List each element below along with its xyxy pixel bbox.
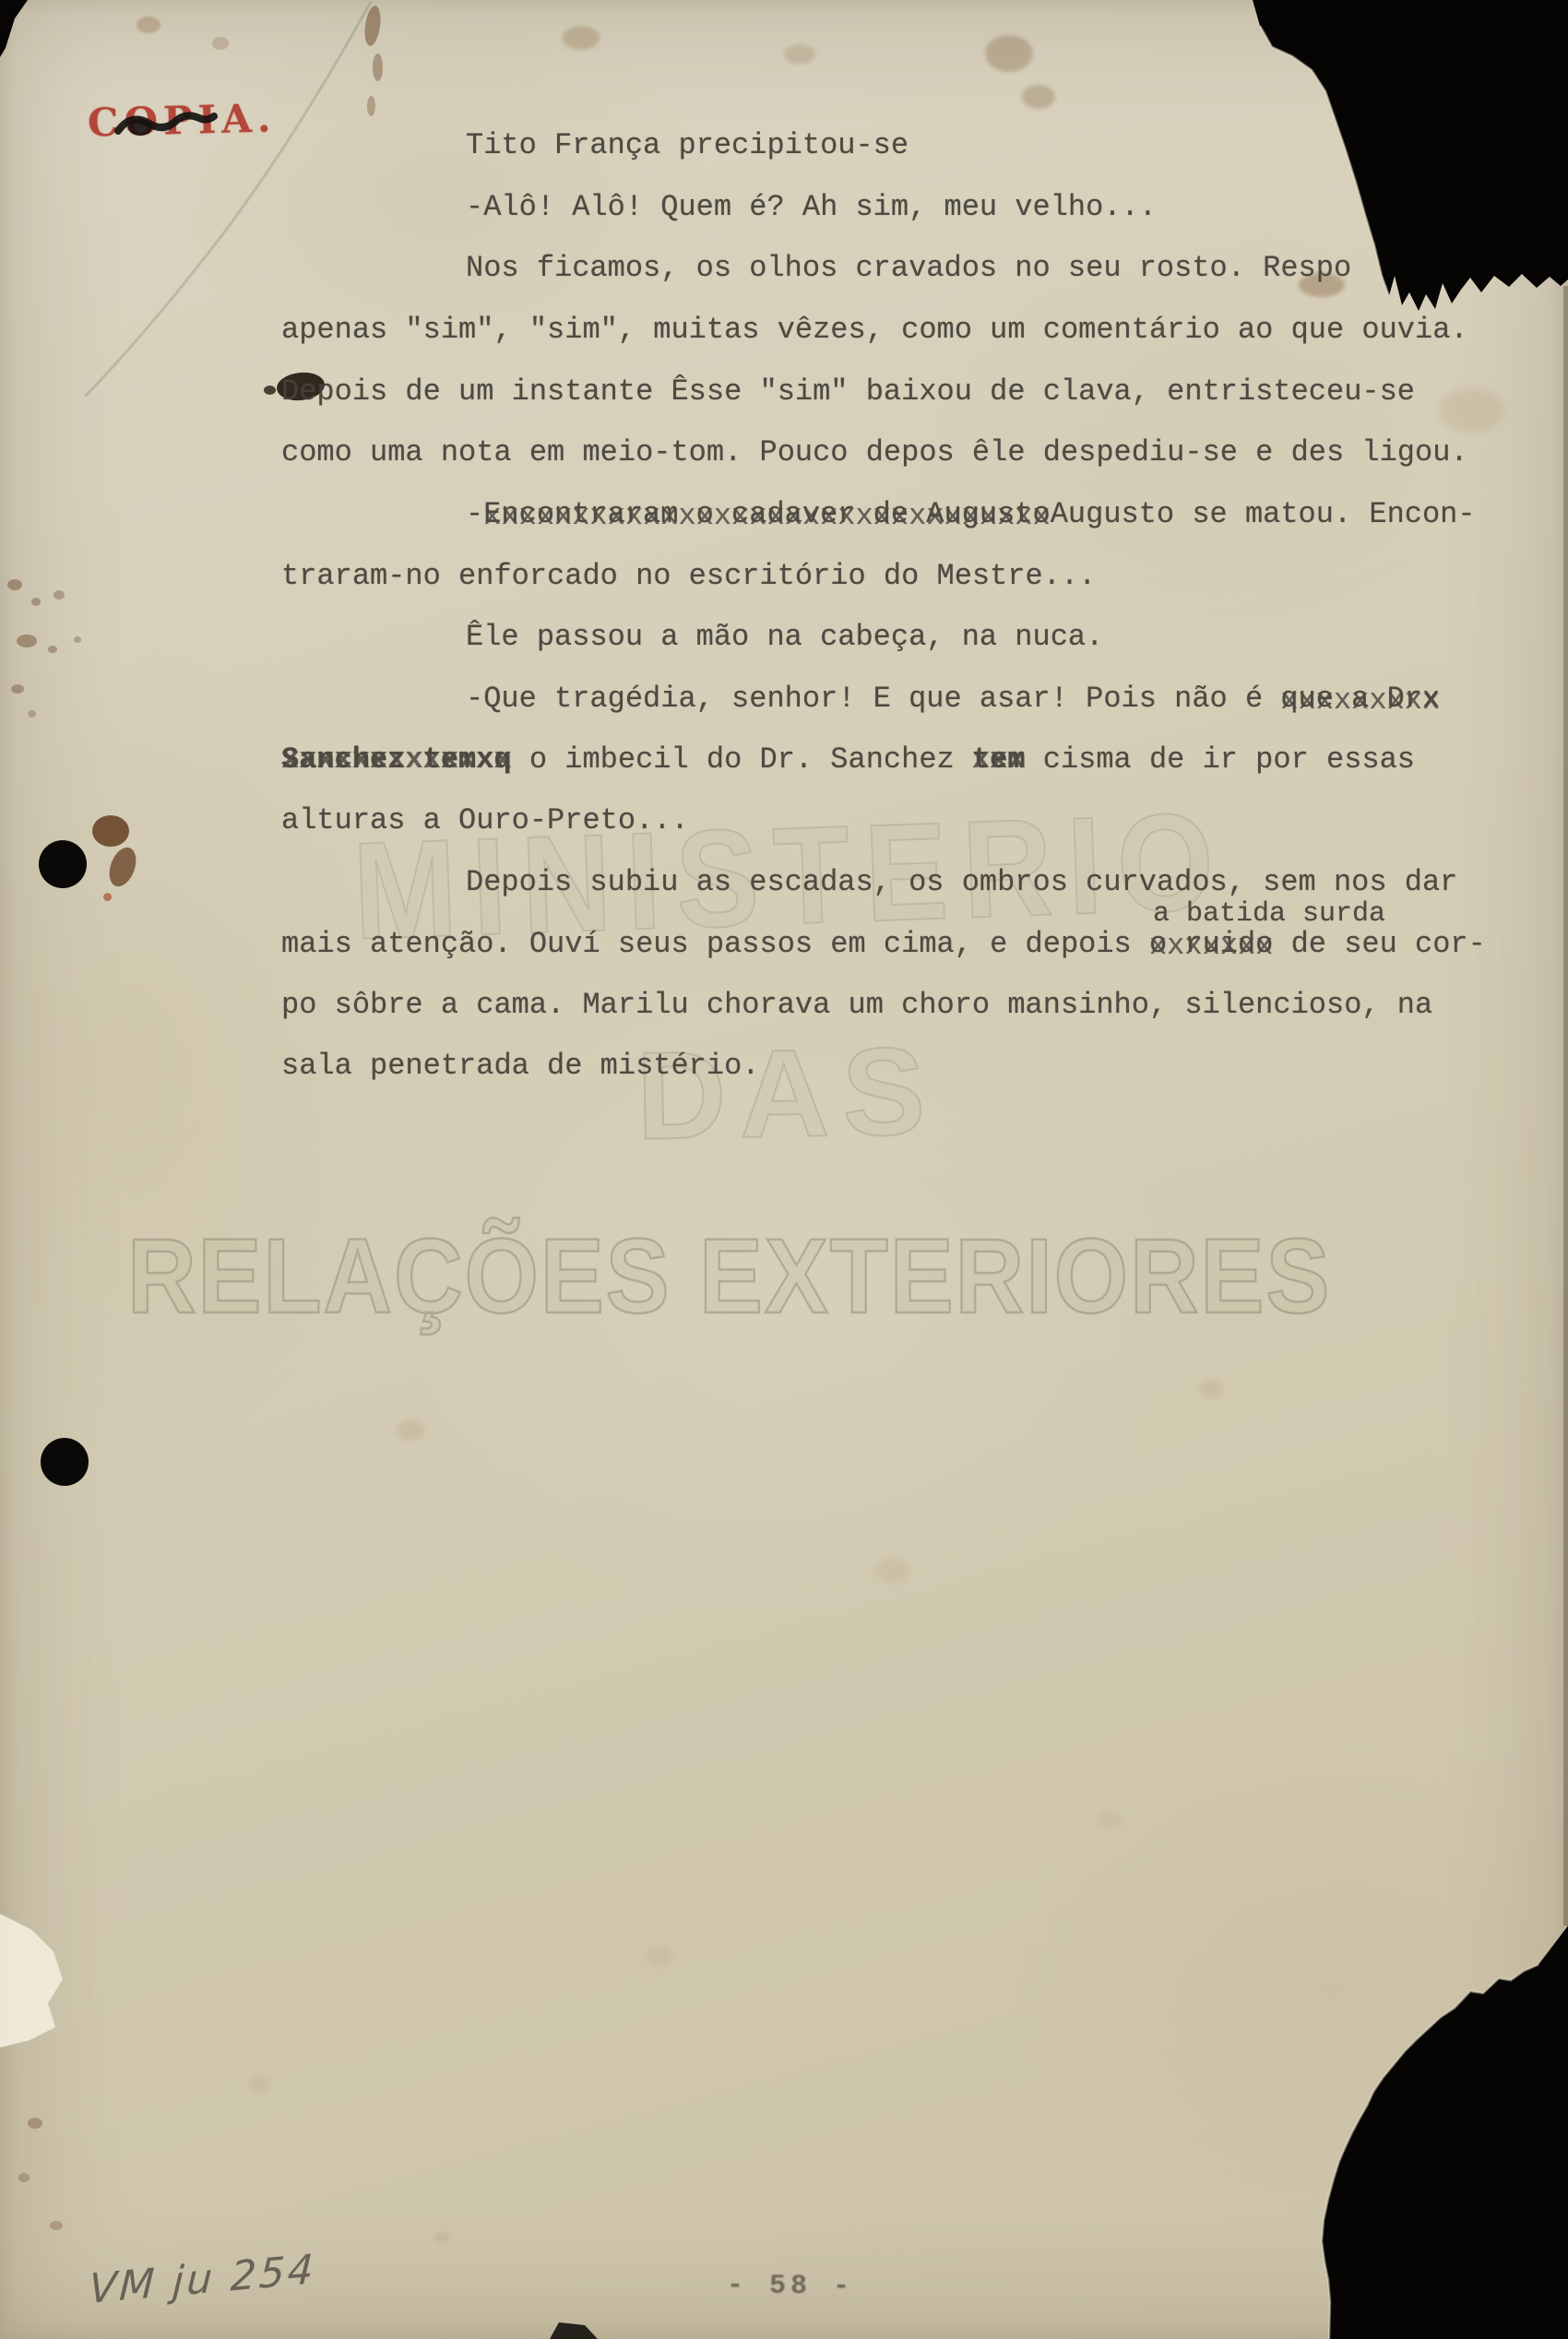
overstrike-x: xxxxxxxxx [1280,684,1440,718]
struck-text: Encontraram o cadaver de Augustoxxxxxxxx… [483,498,1051,532]
typed-line-15: po sôbre a cama. Marilu chorava um choro… [281,989,1432,1023]
typed-line-9: Êle passou a mão na cabeça, na nuca. [466,621,1103,655]
inserted-correction-line: a batida surda [1153,898,1385,931]
typed-line-11: Sanchez temxqxxxxxxxxxxxxx o imbecil do … [281,743,1415,778]
struck-text: o ruidoxxxxxxx [1149,928,1273,962]
typed-line-8: traram-no enforcado no escritório do Mes… [281,560,1096,594]
paper-sheet [0,0,1568,2339]
overstrike-x: xxxxxxxxxxxxx [281,743,512,778]
typed-line-16: sala penetrada de mistério. [281,1050,759,1084]
typed-line-7: -Encontraram o cadaver de Augustoxxxxxxx… [466,498,1476,532]
typed-line-6: como uma nota em meio-tom. Pouco depos ê… [281,436,1468,470]
struck-text: que a Drxxxxxxxxxx [1280,683,1440,717]
page-number: - 58 - [727,2270,854,2302]
typed-line-3: Nos ficamos, os olhos cravados no seu ro… [466,252,1351,286]
typed-line-1: Tito França precipitou-se [466,129,909,163]
typed-line-12: alturas a Ouro-Preto... [281,804,689,838]
overstrike-x: xxxxxxx [1149,930,1273,964]
overstrike-x: xxx [972,743,1026,778]
typed-line-13: Depois subiu as escadas, os ombros curva… [466,866,1457,900]
dash: - [466,497,483,531]
typed-line-4: apenas "sim", "sim", muitas vêzes, como … [281,314,1468,348]
copia-stamp: COPIA. [87,95,277,145]
typed-line-2: -Alô! Alô! Quem é? Ah sim, meu velho... [466,191,1157,225]
struck-text: temxxx [972,743,1026,778]
struck-text: Sanchez temxqxxxxxxxxxxxxx [281,743,512,778]
typed-line-14: mais atenção. Ouví seus passos em cima, … [281,928,1486,962]
typed-line-5: Depois de um instante Êsse "sim" baixou … [281,375,1415,410]
overstrike-x: xxxxxxxxxxxxxxxxxxxxxxxxxxxxxxxx [483,500,1051,534]
typed-line-10: -Que tragédia, senhor! E que asar! Pois … [466,683,1440,717]
